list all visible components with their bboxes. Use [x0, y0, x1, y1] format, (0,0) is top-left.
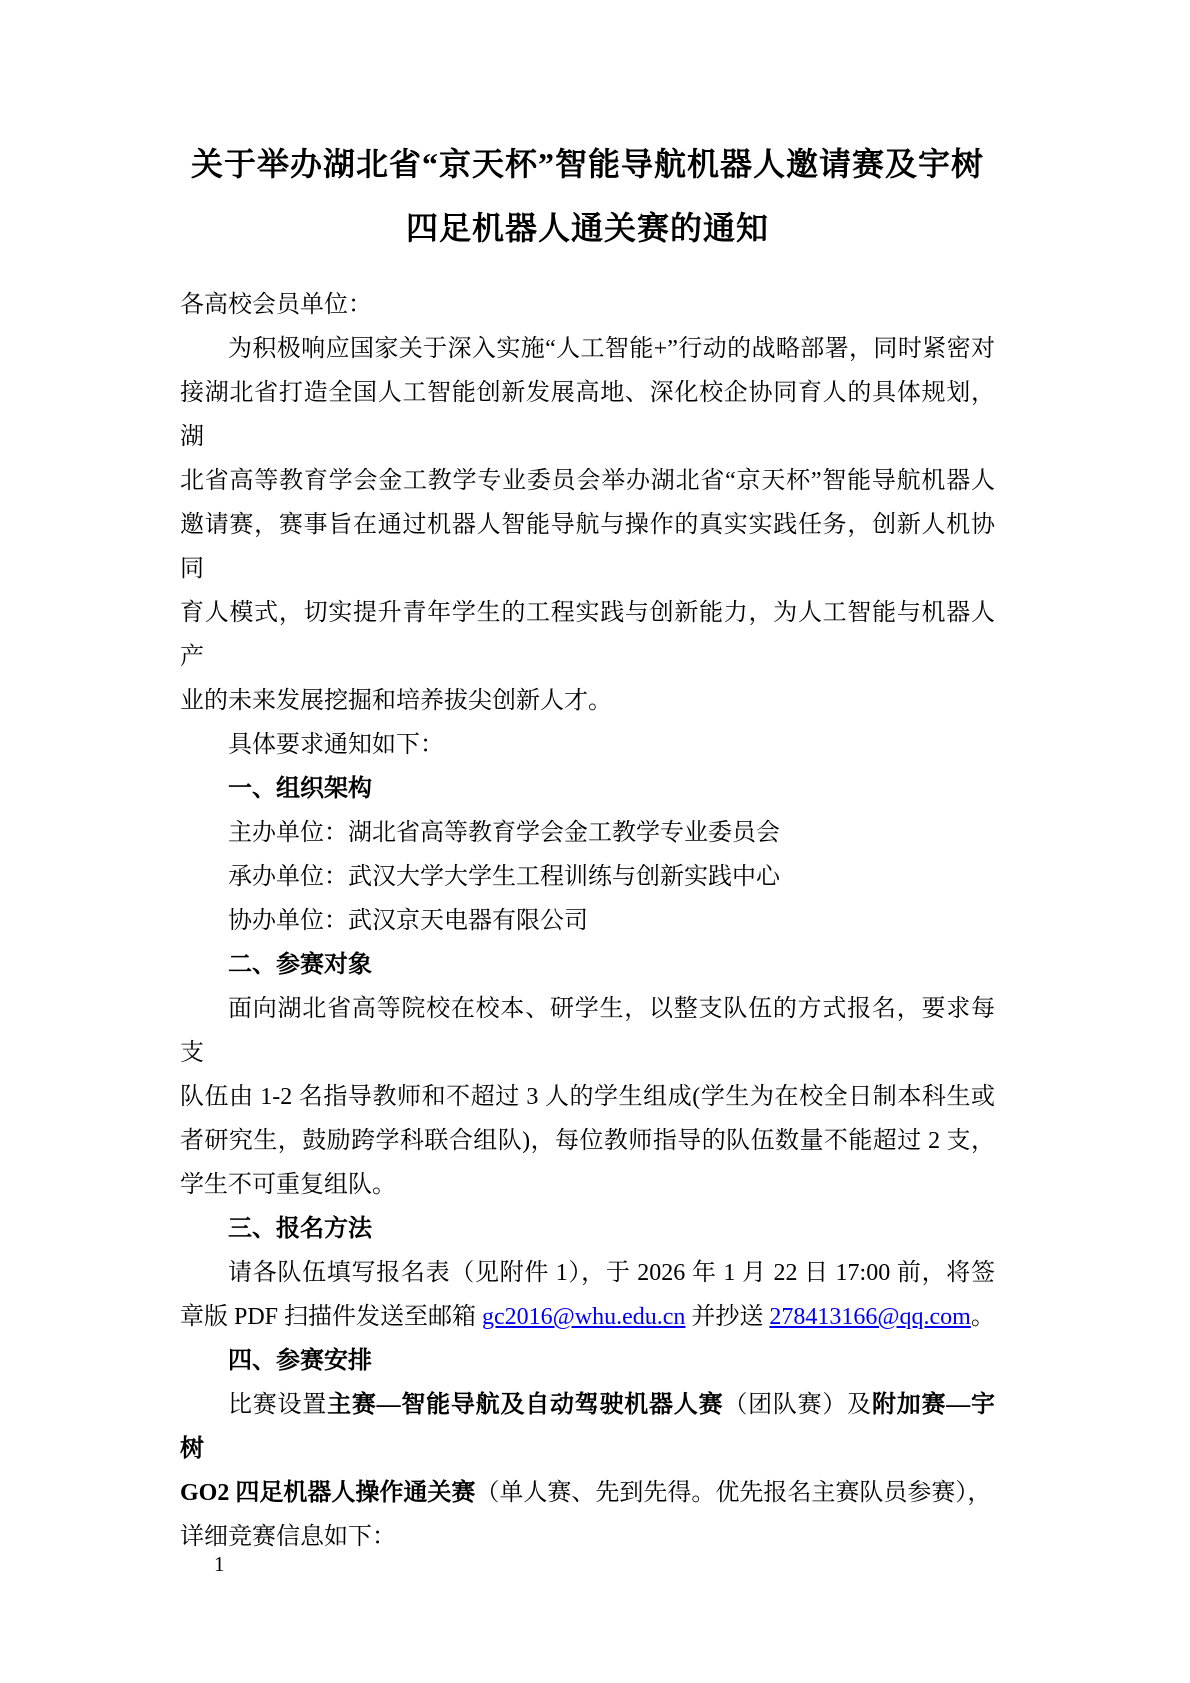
section-heading: 一、组织架构 — [180, 767, 995, 811]
paragraph: 各高校会员单位： — [180, 283, 995, 327]
text-run: 具体要求通知如下： — [228, 732, 444, 758]
text-line: 三、报名方法 — [180, 1207, 995, 1251]
document-title: 关于举办湖北省“京天杯”智能导航机器人邀请赛及宇树 四足机器人通关赛的通知 — [180, 132, 995, 260]
text-run: 接湖北省打造全国人工智能创新发展高地、深化校企协同育人的具体规划，湖 — [180, 380, 995, 450]
document-page: 关于举办湖北省“京天杯”智能导航机器人邀请赛及宇树 四足机器人通关赛的通知 各高… — [0, 0, 1190, 1683]
email-link[interactable]: 278413166@qq.com — [769, 1304, 970, 1330]
title-line-1: 关于举办湖北省“京天杯”智能导航机器人邀请赛及宇树 — [180, 132, 995, 196]
text-run: 承办单位：武汉大学大学生工程训练与创新实践中心 — [228, 864, 780, 890]
text-line: 育人模式，切实提升青年学生的工程实践与创新能力，为人工智能与机器人产 — [180, 591, 995, 679]
text-line: 协办单位：武汉京天电器有限公司 — [180, 899, 995, 943]
text-run: 章版 PDF 扫描件发送至邮箱 — [180, 1304, 482, 1330]
text-line: 邀请赛，赛事旨在通过机器人智能导航与操作的真实实践任务，创新人机协同 — [180, 503, 995, 591]
text-run: 详细竞赛信息如下： — [180, 1524, 396, 1550]
text-run: 二、参赛对象 — [228, 951, 372, 978]
text-run: 三、报名方法 — [228, 1215, 372, 1242]
paragraph: 具体要求通知如下： — [180, 723, 995, 767]
text-run: 协办单位：武汉京天电器有限公司 — [228, 908, 588, 934]
text-line: 具体要求通知如下： — [180, 723, 995, 767]
text-run: 比赛设置 — [228, 1392, 327, 1418]
text-line: 队伍由 1-2 名指导教师和不超过 3 人的学生组成(学生为在校全日制本科生或 — [180, 1075, 995, 1119]
bold-text-run: 主赛—智能导航及自动驾驶机器人赛 — [327, 1392, 723, 1418]
text-run: （团队赛）及 — [723, 1392, 872, 1418]
text-line: 各高校会员单位： — [180, 283, 995, 327]
document-body: 各高校会员单位：为积极响应国家关于深入实施“人工智能+”行动的战略部署，同时紧密… — [180, 283, 995, 1559]
text-line: 详细竞赛信息如下： — [180, 1515, 995, 1559]
text-run: 请各队伍填写报名表（见附件 1），于 2026 年 1 月 22 日 17:00… — [228, 1260, 995, 1286]
section-heading: 四、参赛安排 — [180, 1339, 995, 1383]
section-heading: 二、参赛对象 — [180, 943, 995, 987]
text-run: 主办单位：湖北省高等教育学会金工教学专业委员会 — [228, 820, 780, 846]
document: 关于举办湖北省“京天杯”智能导航机器人邀请赛及宇树 四足机器人通关赛的通知 各高… — [0, 0, 1190, 1559]
text-line: 学生不可重复组队。 — [180, 1163, 995, 1207]
text-line: 一、组织架构 — [180, 767, 995, 811]
text-run: 。 — [971, 1304, 995, 1330]
bold-text-run: GO2 四足机器人操作通关赛 — [180, 1480, 475, 1506]
email-link[interactable]: gc2016@whu.edu.cn — [482, 1304, 685, 1330]
text-line: 章版 PDF 扫描件发送至邮箱 gc2016@whu.edu.cn 并抄送 27… — [180, 1295, 995, 1339]
text-line: 北省高等教育学会金工教学专业委员会举办湖北省“京天杯”智能导航机器人 — [180, 459, 995, 503]
text-run: 并抄送 — [685, 1304, 769, 1330]
text-run: 育人模式，切实提升青年学生的工程实践与创新能力，为人工智能与机器人产 — [180, 600, 995, 670]
text-line: 四、参赛安排 — [180, 1339, 995, 1383]
paragraph: 请各队伍填写报名表（见附件 1），于 2026 年 1 月 22 日 17:00… — [180, 1251, 995, 1339]
text-run: 面向湖北省高等院校在校本、研学生，以整支队伍的方式报名，要求每支 — [180, 996, 995, 1066]
text-run: 为积极响应国家关于深入实施“人工智能+”行动的战略部署，同时紧密对 — [228, 336, 995, 362]
paragraph: 面向湖北省高等院校在校本、研学生，以整支队伍的方式报名，要求每支队伍由 1-2 … — [180, 987, 995, 1207]
text-line: 接湖北省打造全国人工智能创新发展高地、深化校企协同育人的具体规划，湖 — [180, 371, 995, 459]
text-line: 面向湖北省高等院校在校本、研学生，以整支队伍的方式报名，要求每支 — [180, 987, 995, 1075]
text-run: 学生不可重复组队。 — [180, 1172, 396, 1198]
paragraph: 为积极响应国家关于深入实施“人工智能+”行动的战略部署，同时紧密对接湖北省打造全… — [180, 327, 995, 723]
text-run: 北省高等教育学会金工教学专业委员会举办湖北省“京天杯”智能导航机器人 — [180, 468, 995, 494]
page-number: 1 — [214, 1552, 225, 1577]
title-line-2: 四足机器人通关赛的通知 — [180, 196, 995, 260]
text-line: GO2 四足机器人操作通关赛（单人赛、先到先得。优先报名主赛队员参赛）， — [180, 1471, 995, 1515]
text-run: 四、参赛安排 — [228, 1347, 372, 1374]
text-line: 承办单位：武汉大学大学生工程训练与创新实践中心 — [180, 855, 995, 899]
text-run: 一、组织架构 — [228, 775, 372, 802]
paragraph: 承办单位：武汉大学大学生工程训练与创新实践中心 — [180, 855, 995, 899]
section-heading: 三、报名方法 — [180, 1207, 995, 1251]
paragraph: 比赛设置主赛—智能导航及自动驾驶机器人赛（团队赛）及附加赛—宇树GO2 四足机器… — [180, 1383, 995, 1559]
text-line: 比赛设置主赛—智能导航及自动驾驶机器人赛（团队赛）及附加赛—宇树 — [180, 1383, 995, 1471]
text-run: 队伍由 1-2 名指导教师和不超过 3 人的学生组成(学生为在校全日制本科生或 — [180, 1084, 995, 1110]
text-line: 为积极响应国家关于深入实施“人工智能+”行动的战略部署，同时紧密对 — [180, 327, 995, 371]
text-run: 各高校会员单位： — [180, 292, 372, 318]
text-run: 者研究生，鼓励跨学科联合组队)，每位教师指导的队伍数量不能超过 2 支， — [180, 1128, 995, 1154]
text-run: 业的未来发展挖掘和培养拔尖创新人才。 — [180, 688, 612, 714]
text-line: 主办单位：湖北省高等教育学会金工教学专业委员会 — [180, 811, 995, 855]
text-line: 二、参赛对象 — [180, 943, 995, 987]
paragraph: 协办单位：武汉京天电器有限公司 — [180, 899, 995, 943]
paragraph: 主办单位：湖北省高等教育学会金工教学专业委员会 — [180, 811, 995, 855]
text-line: 请各队伍填写报名表（见附件 1），于 2026 年 1 月 22 日 17:00… — [180, 1251, 995, 1295]
text-run: 邀请赛，赛事旨在通过机器人智能导航与操作的真实实践任务，创新人机协同 — [180, 512, 995, 582]
text-run: （单人赛、先到先得。优先报名主赛队员参赛）， — [475, 1480, 991, 1506]
text-line: 业的未来发展挖掘和培养拔尖创新人才。 — [180, 679, 995, 723]
text-line: 者研究生，鼓励跨学科联合组队)，每位教师指导的队伍数量不能超过 2 支， — [180, 1119, 995, 1163]
